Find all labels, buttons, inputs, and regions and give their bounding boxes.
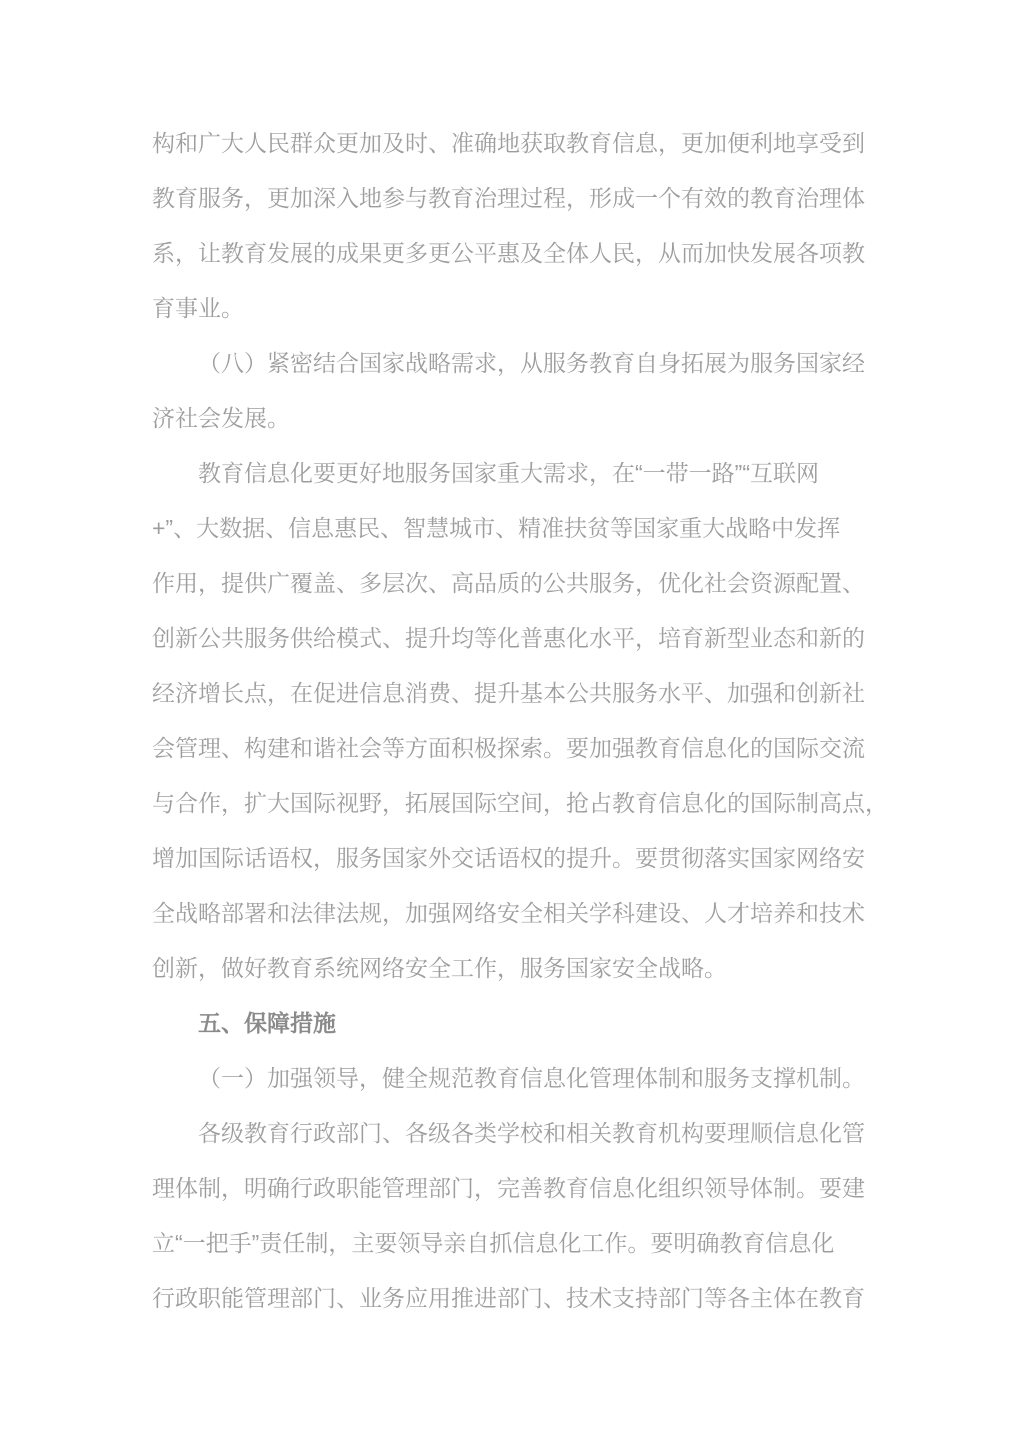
text-line: 行政职能管理部门、业务应用推进部门、技术支持部门等各主体在教育 <box>152 1271 872 1326</box>
text-line: +”、大数据、信息惠民、智慧城市、精准扶贫等国家重大战略中发挥 <box>152 501 872 556</box>
text-line: 教育服务，更加深入地参与教育治理过程，形成一个有效的教育治理体 <box>152 171 872 226</box>
text-line: （一）加强领导，健全规范教育信息化管理体制和服务支撑机制。 <box>152 1051 872 1106</box>
text-line: 系，让教育发展的成果更多更公平惠及全体人民，从而加快发展各项教 <box>152 226 872 281</box>
text-line: 作用，提供广覆盖、多层次、高品质的公共服务，优化社会资源配置、 <box>152 556 872 611</box>
paragraph: 教育信息化要更好地服务国家重大需求，在“一带一路”“互联网+”、大数据、信息惠民… <box>152 446 872 996</box>
text-line: 教育信息化要更好地服务国家重大需求，在“一带一路”“互联网 <box>152 446 872 501</box>
document-page: 构和广大人民群众更加及时、准确地获取教育信息，更加便利地享受到教育服务，更加深入… <box>0 0 1024 1448</box>
text-line: 育事业。 <box>152 281 872 336</box>
text-line: 经济增长点，在促进信息消费、提升基本公共服务水平、加强和创新社 <box>152 666 872 721</box>
text-line: 立“一把手”责任制，主要领导亲自抓信息化工作。要明确教育信息化 <box>152 1216 872 1271</box>
text-line: 各级教育行政部门、各级各类学校和相关教育机构要理顺信息化管 <box>152 1106 872 1161</box>
paragraph: （一）加强领导，健全规范教育信息化管理体制和服务支撑机制。 <box>152 1051 872 1106</box>
paragraph: 构和广大人民群众更加及时、准确地获取教育信息，更加便利地享受到教育服务，更加深入… <box>152 116 872 336</box>
text-line: 五、保障措施 <box>152 996 872 1051</box>
section-heading: 五、保障措施 <box>152 996 872 1051</box>
text-line: 创新，做好教育系统网络安全工作，服务国家安全战略。 <box>152 941 872 996</box>
text-line: （八）紧密结合国家战略需求，从服务教育自身拓展为服务国家经 <box>152 336 872 391</box>
text-line: 与合作，扩大国际视野，拓展国际空间，抢占教育信息化的国际制高点， <box>152 776 872 831</box>
document-body: 构和广大人民群众更加及时、准确地获取教育信息，更加便利地享受到教育服务，更加深入… <box>152 116 872 1326</box>
text-line: 构和广大人民群众更加及时、准确地获取教育信息，更加便利地享受到 <box>152 116 872 171</box>
text-line: 会管理、构建和谐社会等方面积极探索。要加强教育信息化的国际交流 <box>152 721 872 776</box>
text-line: 全战略部署和法律法规，加强网络安全相关学科建设、人才培养和技术 <box>152 886 872 941</box>
text-line: 增加国际话语权，服务国家外交话语权的提升。要贯彻落实国家网络安 <box>152 831 872 886</box>
text-line: 创新公共服务供给模式、提升均等化普惠化水平，培育新型业态和新的 <box>152 611 872 666</box>
paragraph: （八）紧密结合国家战略需求，从服务教育自身拓展为服务国家经济社会发展。 <box>152 336 872 446</box>
paragraph: 各级教育行政部门、各级各类学校和相关教育机构要理顺信息化管理体制，明确行政职能管… <box>152 1106 872 1326</box>
text-line: 济社会发展。 <box>152 391 872 446</box>
text-line: 理体制，明确行政职能管理部门，完善教育信息化组织领导体制。要建 <box>152 1161 872 1216</box>
